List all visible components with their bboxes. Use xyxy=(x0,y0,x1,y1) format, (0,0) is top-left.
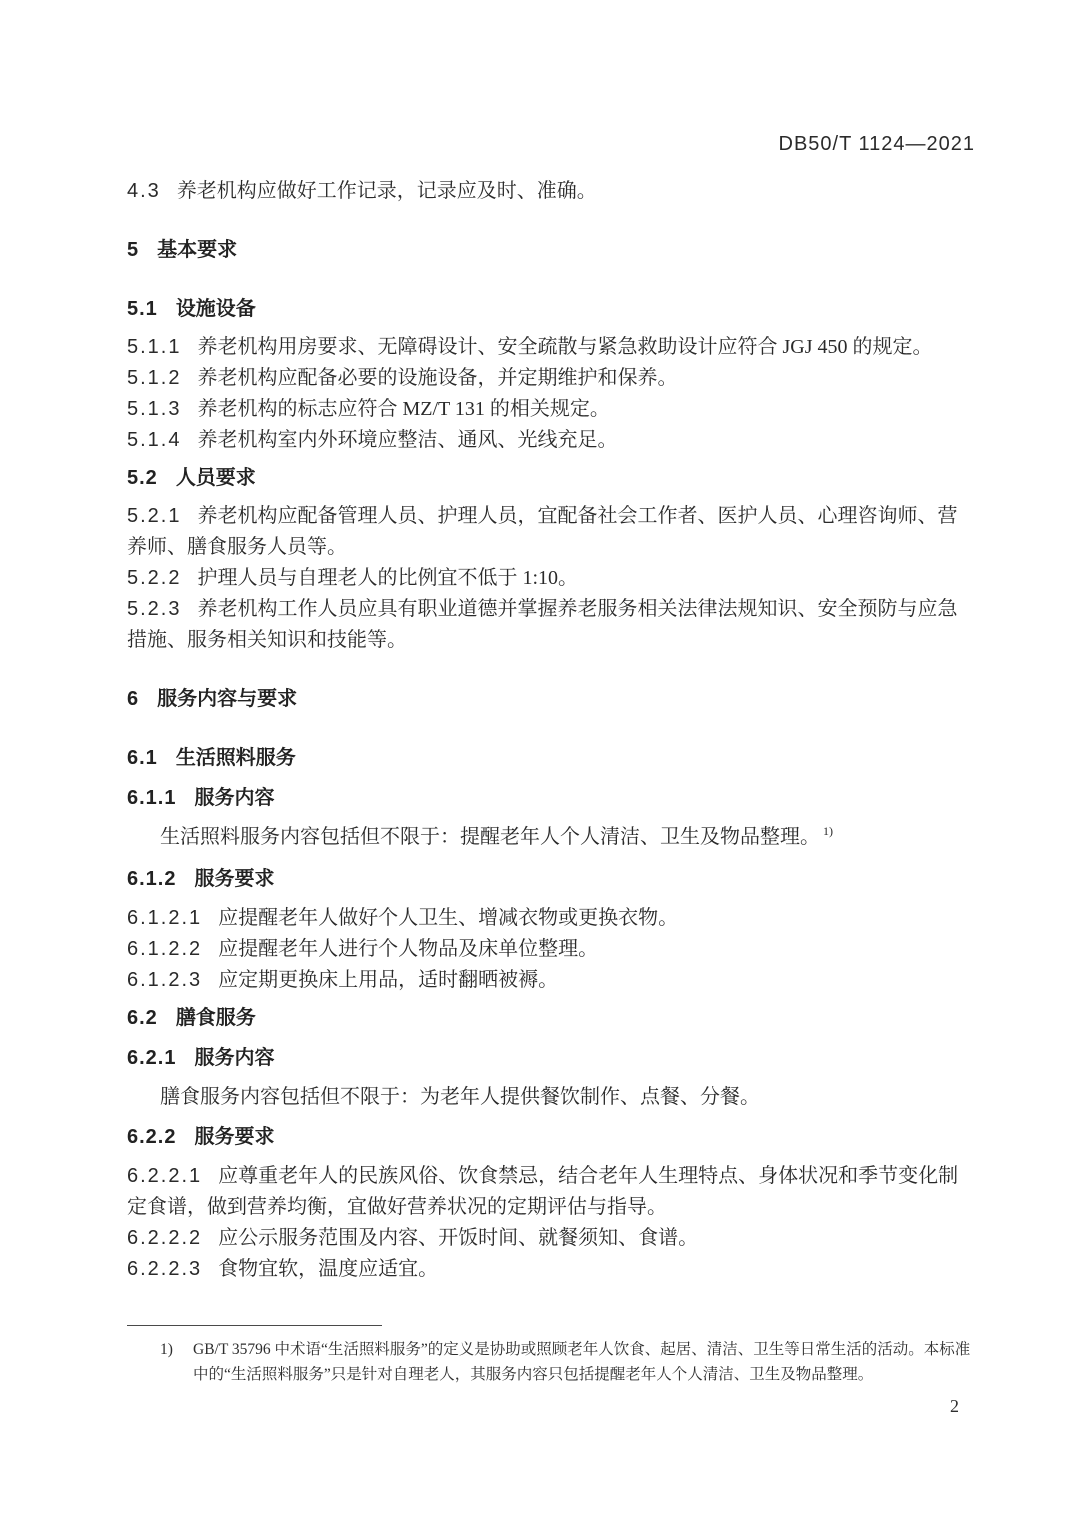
clause-number: 5.1.4 xyxy=(127,429,181,451)
paragraph: 膳食服务内容包括但不限于：为老年人提供餐饮制作、点餐、分餐。 xyxy=(127,1082,975,1113)
clause: 5.1.3养老机构的标志应符合 MZ/T 131 的相关规定。 xyxy=(127,394,975,425)
clause-number: 6.1.2.1 xyxy=(127,907,202,929)
section-heading: 6.1生活照料服务 xyxy=(127,743,975,774)
clause: 5.2.1养老机构应配备管理人员、护理人员，宜配备社会工作者、医护人员、心理咨询… xyxy=(127,501,975,563)
chapter-heading: 6服务内容与要求 xyxy=(127,684,975,715)
subsection-heading: 6.1.2服务要求 xyxy=(127,864,975,895)
clause-text: 服务要求 xyxy=(194,1126,274,1148)
clause-number: 5.1.2 xyxy=(127,367,181,389)
page-number: 2 xyxy=(950,1396,959,1417)
clause-number: 5 xyxy=(127,239,139,261)
clause-text: 服务内容 xyxy=(194,1047,274,1069)
page-header: DB50/T 1124—2021 xyxy=(127,132,975,156)
clause-text: 应提醒老年人进行个人物品及床单位整理。 xyxy=(218,938,598,960)
document-page: DB50/T 1124—2021 4.3养老机构应做好工作记录，记录应及时、准确… xyxy=(0,0,1074,1520)
clause-text: 护理人员与自理老人的比例宜不低于 1:10。 xyxy=(197,567,578,589)
clause: 6.1.2.3应定期更换床上用品，适时翻晒被褥。 xyxy=(127,965,975,996)
footnote-marker: 1) xyxy=(160,1337,193,1387)
clause: 6.1.2.2应提醒老年人进行个人物品及床单位整理。 xyxy=(127,934,975,965)
clause-text: 养老机构应做好工作记录，记录应及时、准确。 xyxy=(177,180,597,202)
doc-number: DB50/T 1124—2021 xyxy=(779,133,976,155)
footnote: 1) GB/T 35796 中术语“生活照料服务”的定义是协助或照顾老年人饮食、… xyxy=(160,1337,975,1387)
clause-text: 膳食服务 xyxy=(176,1007,256,1029)
clause-number: 4.3 xyxy=(127,180,161,202)
clause: 5.2.3养老机构工作人员应具有职业道德并掌握养老服务相关法律法规知识、安全预防… xyxy=(127,594,975,656)
clause-text: 食物宜软，温度应适宜。 xyxy=(218,1258,438,1280)
clause-number: 6 xyxy=(127,688,139,710)
clause-number: 6.2.2 xyxy=(127,1126,176,1148)
footnote-text: GB/T 35796 中术语“生活照料服务”的定义是协助或照顾老年人饮食、起居、… xyxy=(193,1337,975,1387)
clause-number: 5.2.3 xyxy=(127,598,181,620)
clause: 6.2.2.3食物宜软，温度应适宜。 xyxy=(127,1254,975,1285)
section-heading: 6.2膳食服务 xyxy=(127,1003,975,1034)
clause-number: 6.1.2.2 xyxy=(127,938,202,960)
clause-text: 设施设备 xyxy=(176,298,256,320)
section-heading: 5.2人员要求 xyxy=(127,463,975,494)
footnote-separator-rule xyxy=(127,1325,382,1326)
clause-text: 应尊重老年人的民族风俗、饮食禁忌，结合老年人生理特点、身体状况和季节变化制定食谱… xyxy=(127,1165,958,1218)
clause-number: 6.2.2.1 xyxy=(127,1165,202,1187)
paragraph: 生活照料服务内容包括但不限于：提醒老年人个人清洁、卫生及物品整理。1) xyxy=(127,822,975,855)
subsection-heading: 6.2.2服务要求 xyxy=(127,1122,975,1153)
subsection-heading: 6.1.1服务内容 xyxy=(127,783,975,814)
clause-number: 6.1.2 xyxy=(127,868,176,890)
clause-number: 5.1.1 xyxy=(127,336,181,358)
chapter-heading: 5基本要求 xyxy=(127,235,975,266)
clause-number: 5.2.1 xyxy=(127,505,181,527)
clause: 5.1.1养老机构用房要求、无障碍设计、安全疏散与紧急救助设计应符合 JGJ 4… xyxy=(127,332,975,363)
clause-text: 应定期更换床上用品，适时翻晒被褥。 xyxy=(218,969,558,991)
clause-number: 6.2.2.2 xyxy=(127,1227,202,1249)
clause-text: 服务内容与要求 xyxy=(157,688,297,710)
document-body: 4.3养老机构应做好工作记录，记录应及时、准确。5基本要求5.1设施设备5.1.… xyxy=(127,176,975,1285)
clause: 5.2.2护理人员与自理老人的比例宜不低于 1:10。 xyxy=(127,563,975,594)
clause-number: 5.1 xyxy=(127,298,158,320)
clause-text: 人员要求 xyxy=(176,467,256,489)
clause-number: 6.2.2.3 xyxy=(127,1258,202,1280)
clause-number: 5.2 xyxy=(127,467,158,489)
clause-text: 养老机构工作人员应具有职业道德并掌握养老服务相关法律法规知识、安全预防与应急措施… xyxy=(127,598,957,651)
clause-text: 养老机构的标志应符合 MZ/T 131 的相关规定。 xyxy=(197,398,609,420)
clause-text: 基本要求 xyxy=(157,239,237,261)
clause: 6.2.2.1应尊重老年人的民族风俗、饮食禁忌，结合老年人生理特点、身体状况和季… xyxy=(127,1161,975,1223)
clause-number: 6.2.1 xyxy=(127,1047,176,1069)
clause: 5.1.4养老机构室内外环境应整洁、通风、光线充足。 xyxy=(127,425,975,456)
clause-number: 6.1.1 xyxy=(127,787,176,809)
clause-number: 6.1.2.3 xyxy=(127,969,202,991)
clause-text: 养老机构应配备必要的设施设备，并定期维护和保养。 xyxy=(197,367,677,389)
clause-text: 应提醒老年人做好个人卫生、增减衣物或更换衣物。 xyxy=(218,907,678,929)
clause-text: 养老机构应配备管理人员、护理人员，宜配备社会工作者、医护人员、心理咨询师、营养师… xyxy=(127,505,957,558)
clause: 6.2.2.2应公示服务范围及内容、开饭时间、就餐须知、食谱。 xyxy=(127,1223,975,1254)
clause: 5.1.2养老机构应配备必要的设施设备，并定期维护和保养。 xyxy=(127,363,975,394)
clause: 6.1.2.1应提醒老年人做好个人卫生、增减衣物或更换衣物。 xyxy=(127,903,975,934)
clause-text: 生活照料服务内容包括但不限于：提醒老年人个人清洁、卫生及物品整理。 xyxy=(160,826,820,848)
clause-text: 应公示服务范围及内容、开饭时间、就餐须知、食谱。 xyxy=(218,1227,698,1249)
clause-text: 生活照料服务 xyxy=(176,747,296,769)
clause: 4.3养老机构应做好工作记录，记录应及时、准确。 xyxy=(127,176,975,207)
clause-number: 5.1.3 xyxy=(127,398,181,420)
subsection-heading: 6.2.1服务内容 xyxy=(127,1043,975,1074)
section-heading: 5.1设施设备 xyxy=(127,294,975,325)
clause-text: 膳食服务内容包括但不限于：为老年人提供餐饮制作、点餐、分餐。 xyxy=(160,1086,760,1108)
clause-text: 养老机构室内外环境应整洁、通风、光线充足。 xyxy=(197,429,617,451)
footnote-reference: 1) xyxy=(823,824,833,838)
clause-text: 养老机构用房要求、无障碍设计、安全疏散与紧急救助设计应符合 JGJ 450 的规… xyxy=(197,336,932,358)
clause-text: 服务内容 xyxy=(194,787,274,809)
clause-number: 5.2.2 xyxy=(127,567,181,589)
clause-number: 6.1 xyxy=(127,747,158,769)
footnote-area: 1) GB/T 35796 中术语“生活照料服务”的定义是协助或照顾老年人饮食、… xyxy=(127,1325,975,1387)
clause-text: 服务要求 xyxy=(194,868,274,890)
clause-number: 6.2 xyxy=(127,1007,158,1029)
